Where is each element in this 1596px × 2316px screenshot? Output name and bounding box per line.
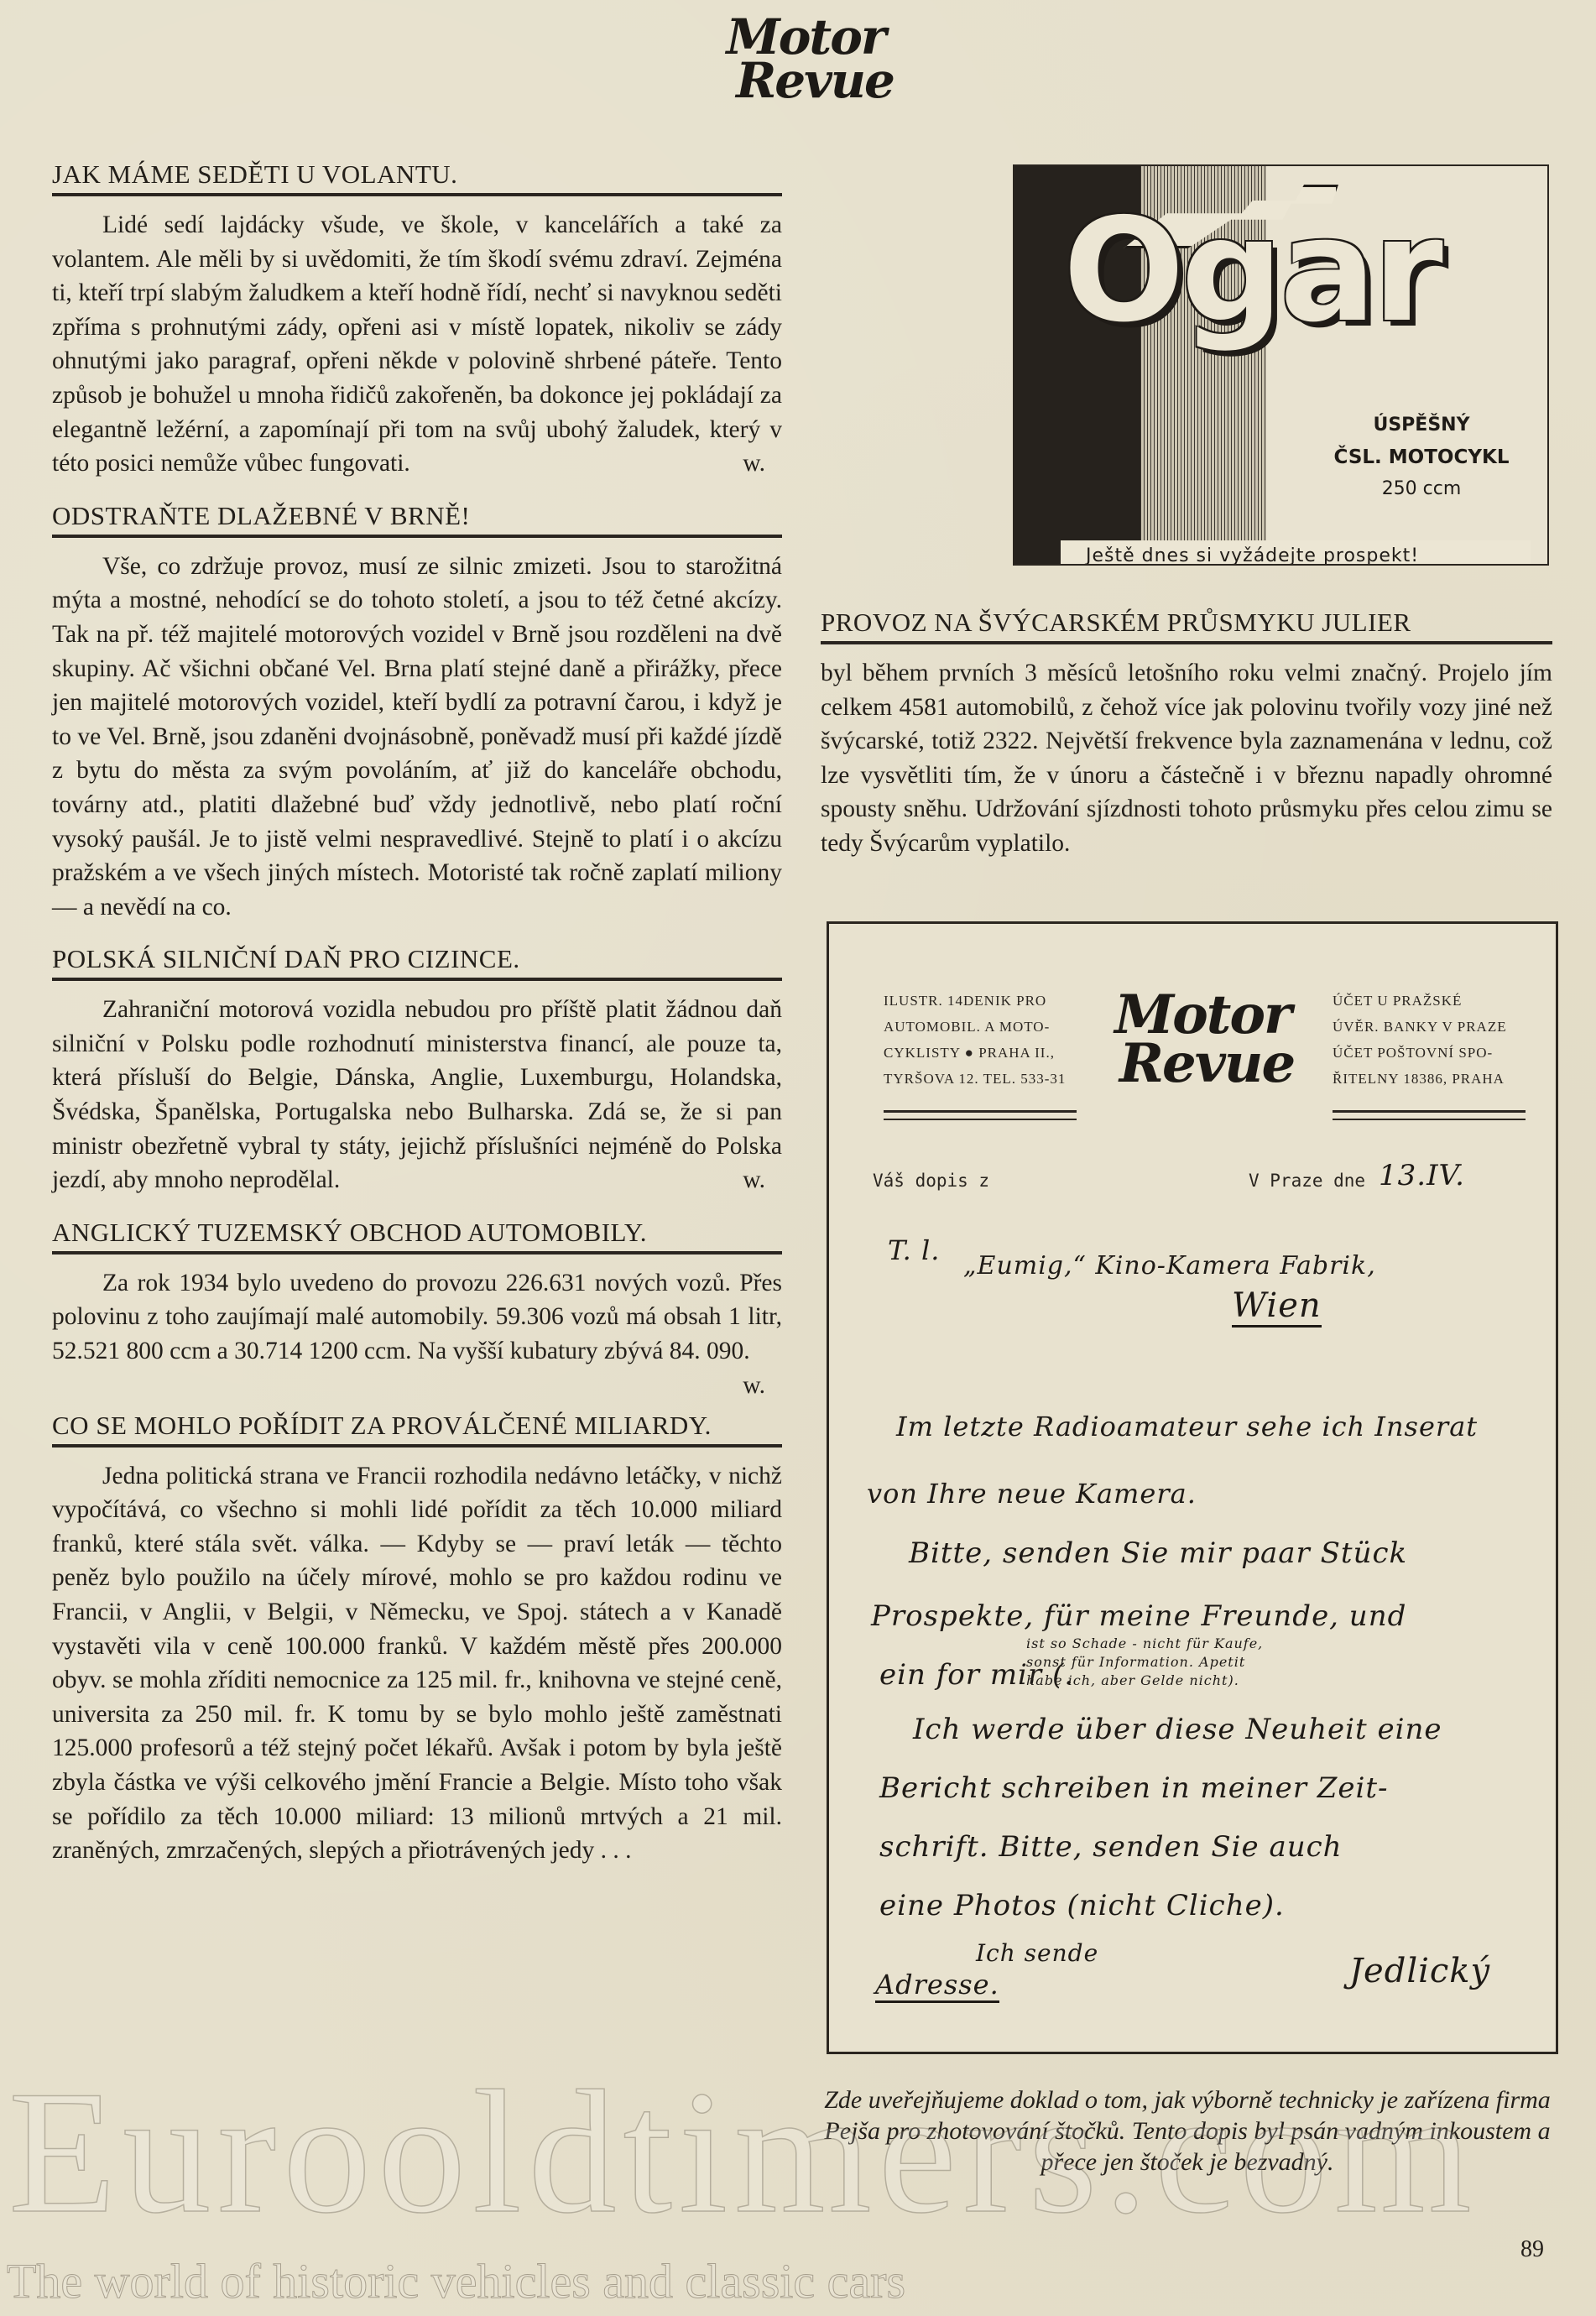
letterhead-logo: Motor Revue xyxy=(1093,991,1312,1088)
letter-line: Bitte, senden Sie mir paar Stück xyxy=(909,1536,1407,1570)
page-number: 89 xyxy=(1520,2236,1544,2263)
article-signature: w. xyxy=(692,1163,782,1197)
letter-salutation: T. l. xyxy=(888,1234,940,1266)
letterhead-left-line: AUTOMOBIL. A MOTO- xyxy=(884,1014,1077,1040)
letter-aside: sonst für Information. Apetit xyxy=(1026,1654,1245,1671)
letter-signature: Jedlický xyxy=(1349,1952,1490,1990)
article-headline: ODSTRAŇTE DLAŽEBNÉ V BRNĚ! xyxy=(52,499,782,538)
letterhead-logo-revue: Revue xyxy=(1093,1040,1312,1088)
date-label: V Praze dne xyxy=(1249,1171,1365,1191)
letter-line: von Ihre neue Kamera. xyxy=(867,1478,1197,1510)
letterhead-left-line: TYRŠOVA 12. TEL. 533-31 xyxy=(884,1066,1077,1092)
letter-line: Ich werde über diese Neuheit eine xyxy=(913,1713,1442,1746)
ogar-logo: Ogar xyxy=(1063,200,1440,342)
article-signature: w. xyxy=(692,1369,782,1403)
letter-aside: ist so Schade - nicht für Kaufe, xyxy=(1026,1635,1263,1652)
ogar-advertisement: Ogar ÚSPĚŠNÝ ČSL. MOTOCYKL 250 ccm Ještě… xyxy=(1013,164,1549,566)
letter-address: Adresse. xyxy=(875,1969,999,2003)
article-brno-toll: ODSTRAŇTE DLAŽEBNÉ V BRNĚ! Vše, co zdržu… xyxy=(52,499,782,925)
letter-aside: habe ich, aber Gelde nicht). xyxy=(1026,1672,1239,1689)
article-steering-posture: JAK MÁME SEDĚTI U VOLANTU. Lidé sedí laj… xyxy=(52,158,782,481)
watermark-tagline: The world of historic vehicles and class… xyxy=(7,2257,905,2306)
letter-city: Wien xyxy=(1232,1286,1322,1328)
letter-date: 13.IV. xyxy=(1379,1159,1465,1192)
letterhead-right-line: ÚČET POŠTOVNÍ SPO- xyxy=(1333,1040,1527,1066)
letterhead-left-line: ILUSTR. 14DENIK PRO xyxy=(884,988,1077,1014)
article-headline: CO SE MOHLO POŘÍDIT ZA PROVÁLČENÉ MILIAR… xyxy=(52,1409,782,1447)
article-headline: JAK MÁME SEDĚTI U VOLANTU. xyxy=(52,158,782,196)
letter-closing: Ich sende xyxy=(976,1939,1098,1967)
article-body: Za rok 1934 bylo uvedeno do provozu 226.… xyxy=(52,1270,782,1364)
letter-line: Im letzte Radioamateur sehe ich Inserat xyxy=(896,1411,1478,1442)
article-signature: w. xyxy=(692,446,782,481)
your-letter-label: Váš dopis z xyxy=(873,1171,989,1191)
left-column: JAK MÁME SEDĚTI U VOLANTU. Lidé sedí laj… xyxy=(52,158,782,1886)
letterhead-right-block: ÚČET U PRAŽSKÉ ÚVĚR. BANKY V PRAZE ÚČET … xyxy=(1333,988,1527,1092)
article-english-car-trade: ANGLICKÝ TUZEMSKÝ OBCHOD AUTOMOBILY. Za … xyxy=(52,1216,782,1369)
article-headline: POLSKÁ SILNIČNÍ DAŇ PRO CIZINCE. xyxy=(52,942,782,981)
ad-tagline-displacement: 250 ccm xyxy=(1300,478,1543,499)
letter-addressee: „Eumig,“ Kino-Kamera Fabrik, xyxy=(963,1251,1376,1281)
letter-caption: Zde uveřejňujeme doklad o tom, jak výbor… xyxy=(818,2084,1557,2178)
letterhead-right-line: ŘITELNY 18386, PRAHA xyxy=(1333,1066,1527,1092)
letter-line: Prospekte, für meine Freunde, und xyxy=(871,1599,1406,1633)
letterhead-rule-left xyxy=(884,1110,1077,1120)
letterhead-right-line: ÚVĚR. BANKY V PRAZE xyxy=(1333,1014,1527,1040)
article-war-billions: CO SE MOHLO POŘÍDIT ZA PROVÁLČENÉ MILIAR… xyxy=(52,1409,782,1868)
article-polish-road-tax: POLSKÁ SILNIČNÍ DAŇ PRO CIZINCE. Zahrani… xyxy=(52,942,782,1197)
letter-line: schrift. Bitte, senden Sie auch xyxy=(879,1830,1343,1864)
article-body: Jedna politická strana ve Francii rozhod… xyxy=(52,1463,782,1865)
letterhead-left-block: ILUSTR. 14DENIK PRO AUTOMOBIL. A MOTO- C… xyxy=(884,988,1077,1092)
masthead-revue: Revue xyxy=(705,59,906,102)
masthead-logo: Motor Revue xyxy=(705,15,906,102)
letterhead-right-line: ÚČET U PRAŽSKÉ xyxy=(1333,988,1527,1014)
article-headline: PROVOZ NA ŠVÝCARSKÉM PRŮSMYKU JULIER xyxy=(821,606,1552,644)
letter-reproduction: ILUSTR. 14DENIK PRO AUTOMOBIL. A MOTO- C… xyxy=(827,921,1558,2054)
article-body: Lidé sedí lajdácky všude, ve škole, v ka… xyxy=(52,211,782,477)
ad-tagline-motorcycle: ČSL. MOTOCYKL xyxy=(1300,446,1543,468)
letter-line: eine Photos (nicht Cliche). xyxy=(879,1889,1285,1922)
article-body: byl během prvních 3 měsíců letošního rok… xyxy=(821,656,1552,861)
letterhead-left-line: CYKLISTY ● PRAHA II., xyxy=(884,1040,1077,1066)
ad-cta-request-brochure: Ještě dnes si vyžádejte prospekt! xyxy=(1086,545,1531,566)
ad-tagline-successful: ÚSPĚŠNÝ xyxy=(1300,415,1543,436)
article-headline: ANGLICKÝ TUZEMSKÝ OBCHOD AUTOMOBILY. xyxy=(52,1216,782,1254)
article-body: Vše, co zdržuje provoz, musí ze silnic z… xyxy=(52,553,782,921)
ad-call-to-action: Ještě dnes si vyžádejte prospekt! AUTFIT… xyxy=(1061,540,1531,566)
letter-line: Bericht schreiben in meiner Zeit- xyxy=(879,1771,1389,1805)
article-julier-pass: PROVOZ NA ŠVÝCARSKÉM PRŮSMYKU JULIER byl… xyxy=(821,606,1552,861)
letterhead-rule-right xyxy=(1333,1110,1526,1120)
article-body: Zahraniční motorová vozidla nebudou pro … xyxy=(52,996,782,1193)
